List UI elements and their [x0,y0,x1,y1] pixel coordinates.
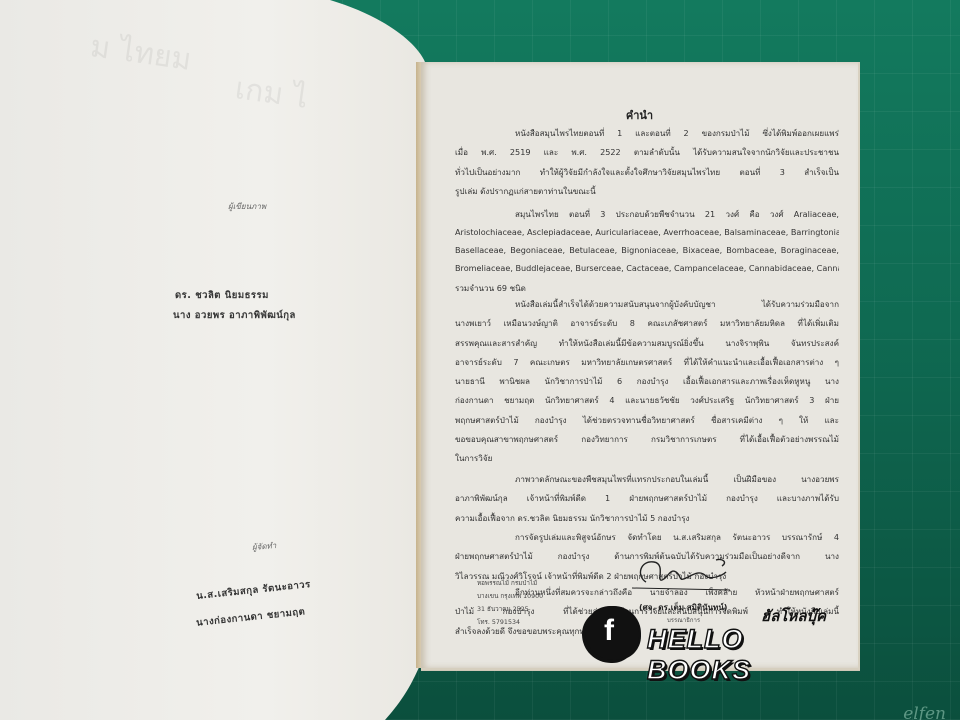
text-line: Basellaceae, Begoniaceae, Betulaceae, Bi… [455,245,839,263]
text-line: นายธานี พานิชผล นักวิชาการป่าไม้ 6 กองบำ… [455,375,839,394]
text-line: พฤกษศาสตร์ป่าไม้ กองบำรุง ได้ช่วยตรวจทาน… [455,414,839,433]
text-line: ในการวิจัย [455,452,839,471]
credit-name: ดร. ชวลิต นิยมธรรม [175,288,269,303]
credit-name: นางก่องกานดา ชยามฤต [196,604,306,630]
right-page-preface: คำนำ หนังสือสมุนไพรไทยตอนที่ 1 และตอนที่… [421,62,860,670]
paragraph-1: หนังสือสมุนไพรไทยตอนที่ 1 และตอนที่ 2 ขอ… [455,127,839,204]
text-line: รูปเล่ม ดังปรากฏแก่สายตาท่านในขณะนี้ [455,185,839,204]
mat-brand-mark: elfen [903,704,946,720]
text-line: เมื่อ พ.ศ. 2519 และ พ.ศ. 2522 ตามลำดับนั… [455,146,839,165]
hello-books-watermark: f HELLO BOOKS ฮัลโหลบุ๊ค [585,604,835,664]
text-line: อาจารย์ระดับ 7 คณะเกษตร มหาวิทยาลัยเกษตร… [455,356,839,375]
page-title: คำนำ [421,106,858,124]
text-line: หนังสือเล่มนี้สำเร็จได้ด้วยความสนับสนุนจ… [455,298,839,317]
text-line: อาภาพิพัฒน์กุล เจ้าหน้าที่พิมพ์ดีด 1 ฝ่า… [455,492,839,511]
text-line: ทั่วไปเป็นอย่างมาก ทำให้ผู้วิจัยมีกำลังใ… [455,166,839,185]
paragraph-5: การจัดรูปเล่มและพิสูจน์อักษร จัดทำโดย น.… [455,531,839,589]
watermark-brand: HELLO BOOKS [647,624,835,686]
facebook-icon: f [585,606,639,660]
show-through-text: ม ไทยม [87,23,194,84]
watermark-thai: ฮัลโหลบุ๊ค [761,604,826,628]
text-line: สรรพคุณและสารสำคัญ ทำให้หนังสือเล่มนี้มี… [455,337,839,356]
credit-name: น.ส.เสริมสกุล รัตนะอาวร [196,577,312,604]
text-line: ก่องกานดา ชยามฤต นักวิทยาศาสตร์ 4 และนาย… [455,394,839,413]
text-line: หนังสือสมุนไพรไทยตอนที่ 1 และตอนที่ 2 ขอ… [455,127,839,146]
paragraph-2: สมุนไพรไทย ตอนที่ 3 ประกอบด้วยพืชจำนวน 2… [455,208,839,302]
credit-label-illustrators: ผู้เขียนภาพ [228,200,266,213]
credit-label-producers: ผู้จัดทำ [251,539,276,554]
text-line: ฝ่ายพฤกษศาสตร์ป่าไม้ กองบำรุง ด้านการพิม… [455,550,839,569]
credit-name: นาง อวยพร อาภาพิพัฒน์กุล [173,308,296,323]
left-page: ม ไทยม เกม ไ ผู้เขียนภาพ ดร. ชวลิต นิยมธ… [0,0,440,720]
text-line: ความเอื้อเฟื้อจาก ดร.ชวลิต นิยมธรรม นักว… [455,512,839,531]
text-line: อีกท่านหนึ่งที่สมควรจะกล่าวถึงคือ นายจำล… [455,586,839,605]
show-through-text: เกม ไ [232,65,311,122]
text-line: นางพเยาว์ เหมือนวงษ์ญาติ อาจารย์ระดับ 8 … [455,317,839,336]
text-line: ขอขอบคุณสาขาพฤกษศาสตร์ กองวิทยาการ กรมวิ… [455,433,839,452]
text-line: Bromeliaceae, Buddlejaceae, Burserceae, … [455,263,839,282]
paragraph-4: ภาพวาดลักษณะของพืชสมุนไพรที่แทรกประกอบใน… [455,473,839,531]
text-line: ภาพวาดลักษณะของพืชสมุนไพรที่แทรกประกอบใน… [455,473,839,492]
text-line: สมุนไพรไทย ตอนที่ 3 ประกอบด้วยพืชจำนวน 2… [455,208,839,227]
paragraph-3: หนังสือเล่มนี้สำเร็จได้ด้วยความสนับสนุนจ… [455,298,839,472]
text-line: Aristolochiaceae, Asclepiadaceae, Auricu… [455,227,839,245]
text-line: การจัดรูปเล่มและพิสูจน์อักษร จัดทำโดย น.… [455,531,839,550]
